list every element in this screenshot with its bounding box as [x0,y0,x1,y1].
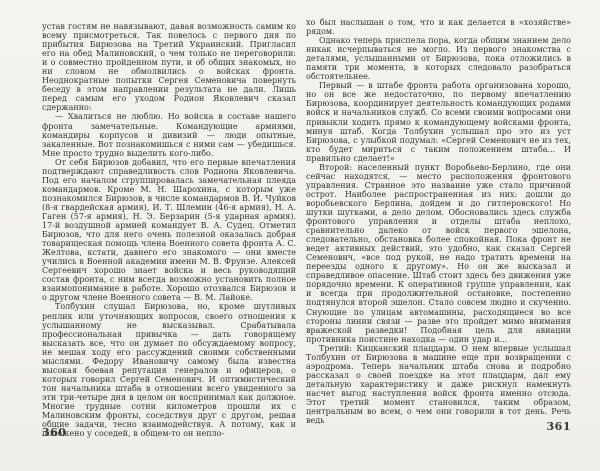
right-page-text: хо был наслышан о том, что и как делаетс… [306,18,571,425]
left-page: устав гостям не навязывают, давая возмож… [42,22,296,438]
paragraph: устав гостям не навязывают, давая возмож… [42,22,296,112]
paragraph: Второй: населенный пункт Воробьево-Берли… [306,163,571,344]
paragraph: Однако теперь приспела пора, когда общим… [306,36,571,81]
paragraph: Первый — в штабе фронта работа организов… [306,81,571,162]
left-page-text: устав гостям не навязывают, давая возмож… [42,22,296,438]
paragraph: От себя Бирюзов добавил, что его первые … [42,158,296,303]
right-page: хо был наслышан о том, что и как делаетс… [306,18,571,425]
paragraph: — Хвалиться не люблю. Но войска в состав… [42,112,296,157]
paragraph: Третий: Кицканский плацдарм. О нем вперв… [306,344,571,425]
left-page-number: 360 [42,426,66,439]
paragraph: Толбухин слушал Бирюзова, но, кроме шутл… [42,302,296,438]
paragraph: хо был наслышан о том, что и как делаетс… [306,18,571,36]
right-page-number: 361 [538,420,571,433]
